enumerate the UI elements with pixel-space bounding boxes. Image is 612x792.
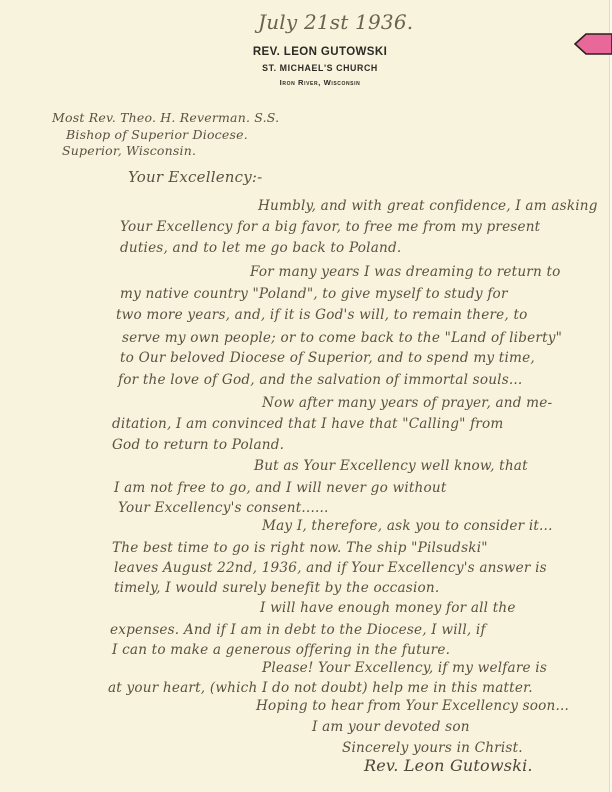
body-line: timely, I would surely benefit by the oc… bbox=[114, 580, 439, 596]
body-line: my native country "Poland", to give myse… bbox=[120, 286, 508, 302]
body-line: May I, therefore, ask you to consider it… bbox=[262, 518, 553, 534]
body-line: at your heart, (which I do not doubt) he… bbox=[108, 680, 533, 696]
signature: Rev. Leon Gutowski. bbox=[364, 756, 533, 775]
body-line: two more years, and, if it is God's will… bbox=[116, 307, 528, 323]
body-line: The best time to go is right now. The sh… bbox=[112, 540, 488, 556]
body-line: But as Your Excellency well know, that bbox=[254, 458, 528, 474]
letterhead-name: REV. LEON GUTOWSKI bbox=[14, 46, 612, 58]
body-line: serve my own people; or to come back to … bbox=[122, 330, 562, 346]
body-line: Hoping to hear from Your Excellency soon… bbox=[256, 698, 569, 714]
salutation: Your Excellency:- bbox=[128, 168, 262, 186]
body-line: God to return to Poland. bbox=[112, 437, 284, 453]
recipient-line-1: Most Rev. Theo. H. Reverman. S.S. bbox=[52, 110, 279, 125]
body-line: I am not free to go, and I will never go… bbox=[114, 480, 447, 496]
body-line: duties, and to let me go back to Poland. bbox=[120, 240, 401, 256]
body-line: Now after many years of prayer, and me- bbox=[262, 395, 552, 411]
body-line: for the love of God, and the salvation o… bbox=[118, 372, 522, 388]
body-line: I can to make a generous offering in the… bbox=[112, 642, 450, 658]
body-line: expenses. And if I am in debt to the Dio… bbox=[110, 622, 486, 638]
letterhead-church: ST. MICHAEL'S CHURCH bbox=[14, 63, 612, 73]
letterhead-location: Iron River, Wisconsin bbox=[14, 78, 612, 87]
closing-line-1: I am your devoted son bbox=[312, 719, 470, 735]
body-line: to Our beloved Diocese of Superior, and … bbox=[120, 350, 535, 366]
recipient-line-2: Bishop of Superior Diocese. bbox=[66, 127, 248, 142]
body-line: Your Excellency's consent...... bbox=[118, 500, 329, 516]
closing-line-2: Sincerely yours in Christ. bbox=[342, 740, 523, 756]
recipient-line-3: Superior, Wisconsin. bbox=[62, 143, 196, 158]
body-line: Please! Your Excellency, if my welfare i… bbox=[262, 660, 547, 676]
body-line: Your Excellency for a big favor, to free… bbox=[120, 219, 540, 235]
body-line: I will have enough money for all the bbox=[260, 600, 516, 616]
body-line: leaves August 22nd, 1936, and if Your Ex… bbox=[114, 560, 547, 576]
body-line: Humbly, and with great confidence, I am … bbox=[258, 198, 598, 214]
letter-date: July 21st 1936. bbox=[258, 10, 413, 34]
body-line: ditation, I am convinced that I have tha… bbox=[112, 416, 503, 432]
body-line: For many years I was dreaming to return … bbox=[250, 264, 561, 280]
